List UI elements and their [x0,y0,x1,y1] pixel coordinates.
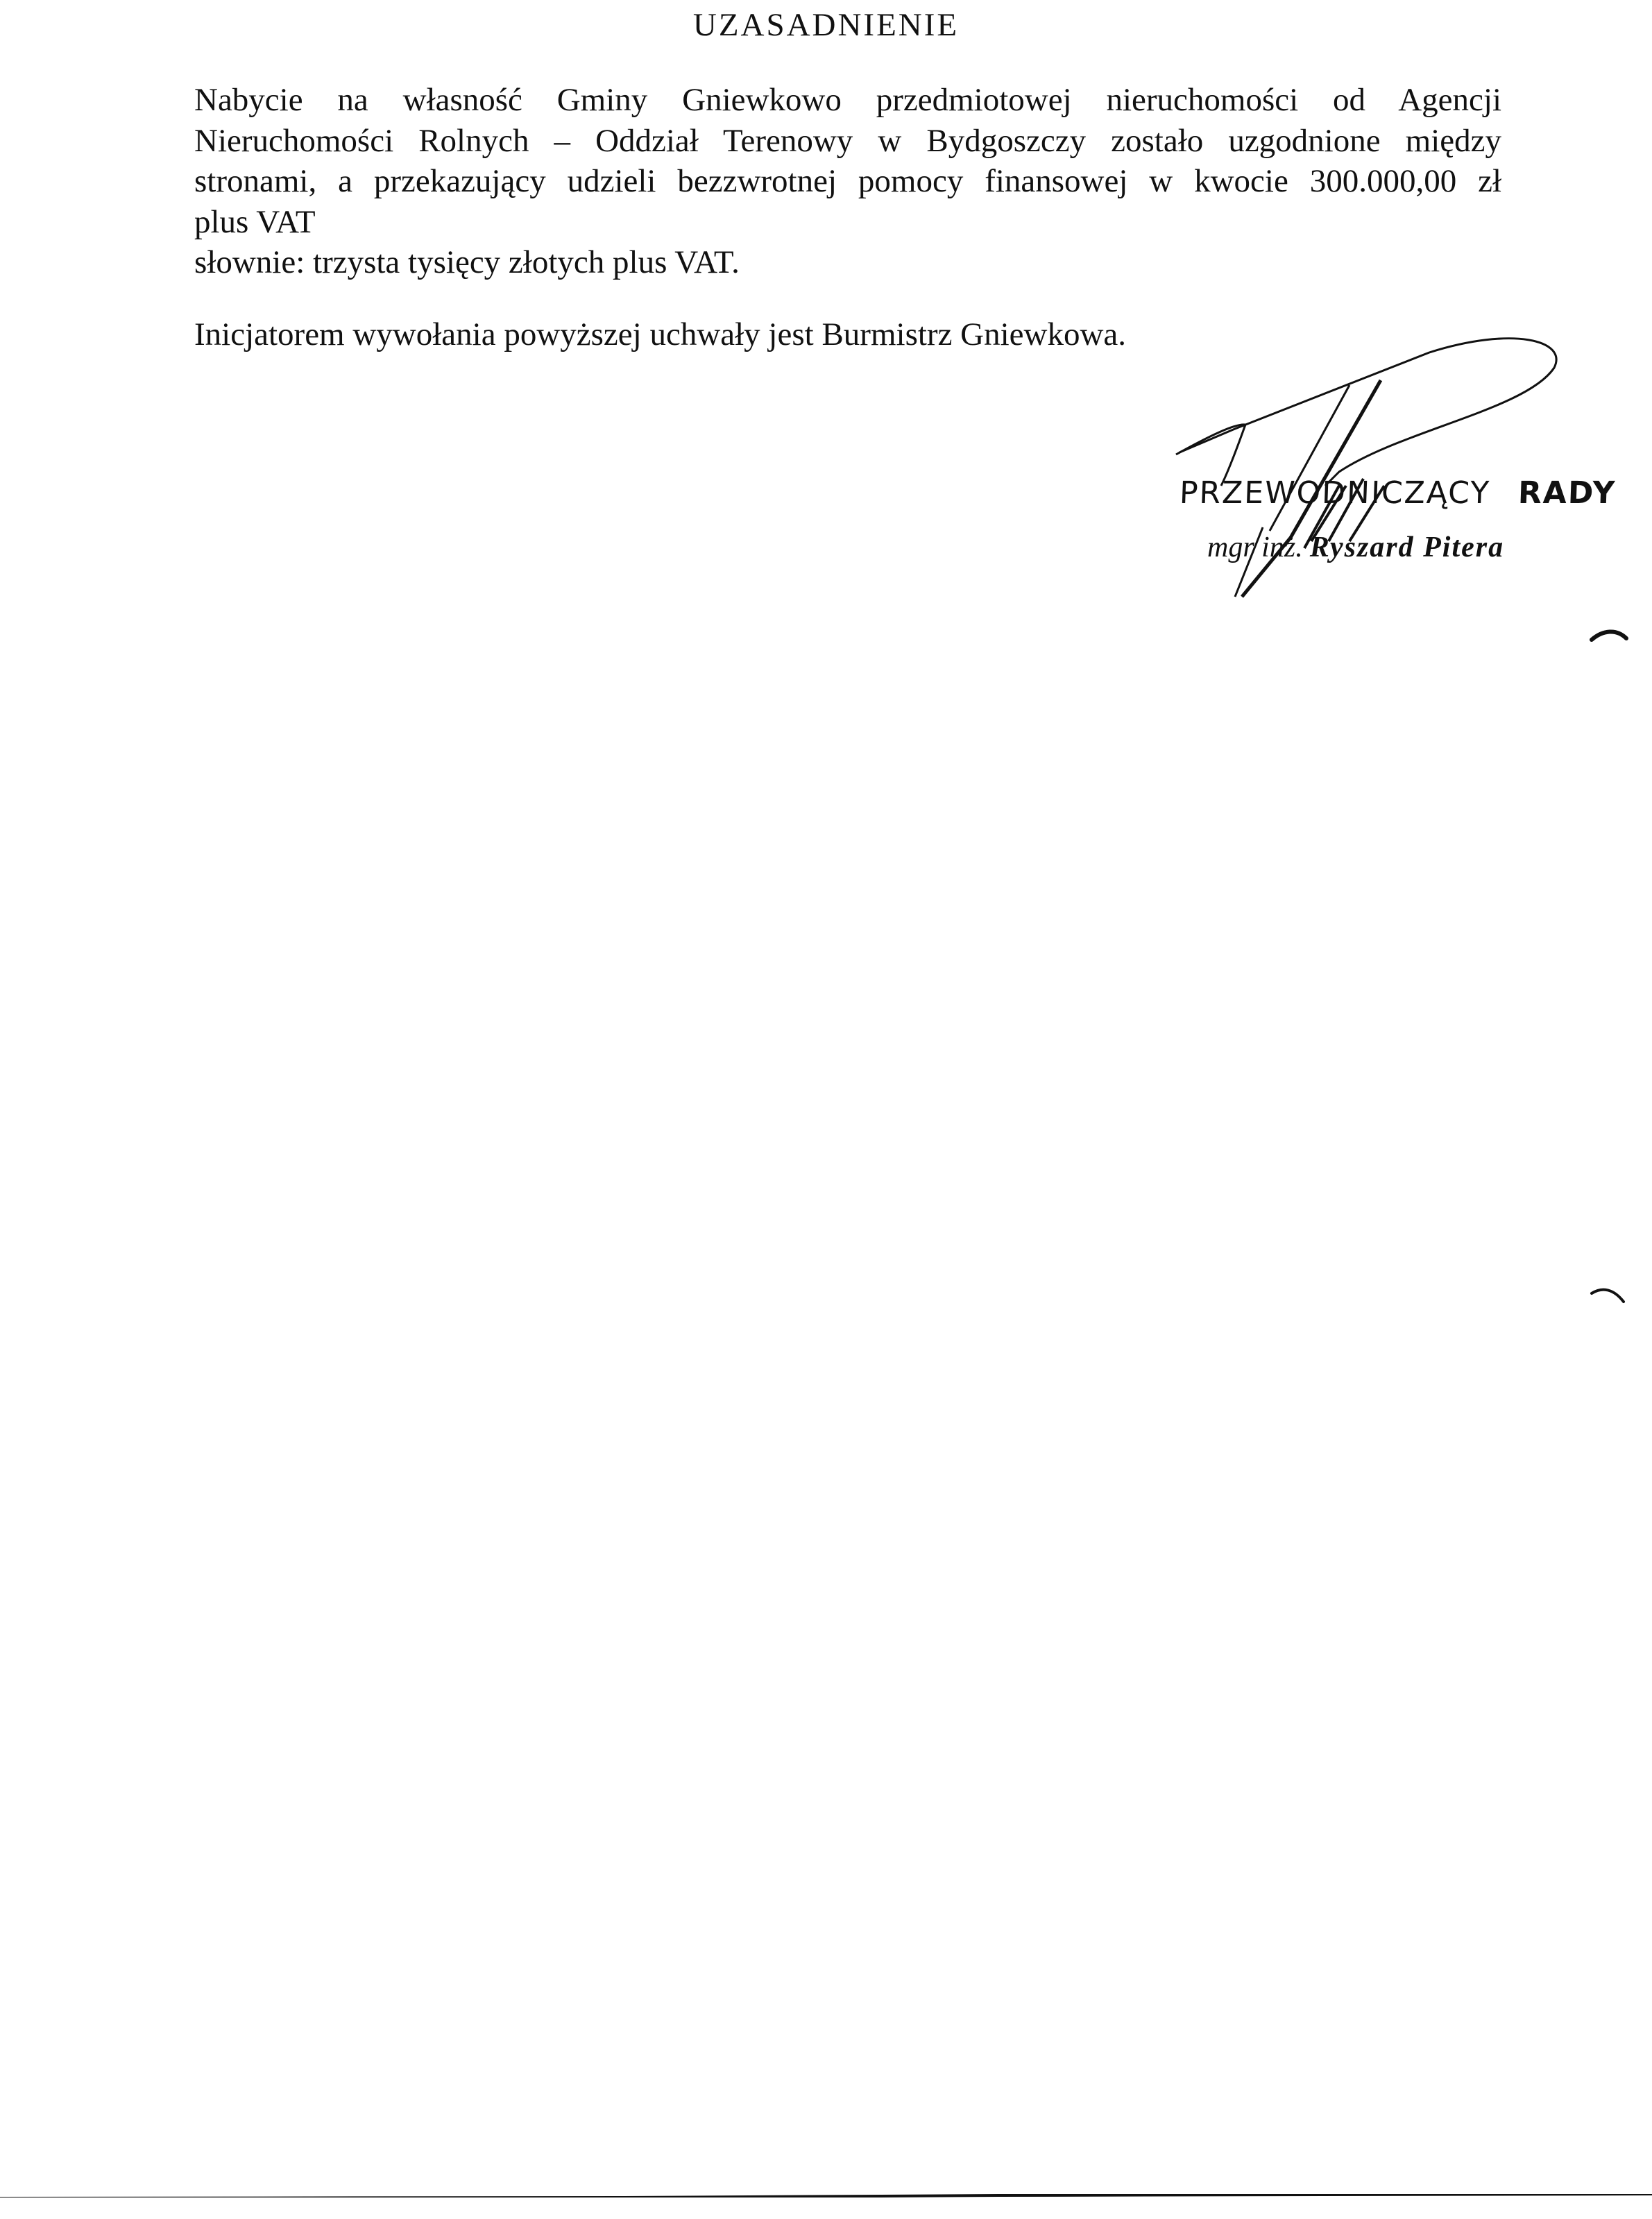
scan-mark-icon [1589,624,1630,652]
stamp-title-suffix: RADY [1517,475,1617,511]
signatory-title: mgr inż. [1207,532,1303,563]
paragraph-line: słownie: trzysta tysięcy złotych plus VA… [194,242,1501,283]
paragraph-initiator: Inicjatorem wywołania powyższej uchwały … [194,314,1501,355]
signatory-fullname: Ryszard Pitera [1310,532,1504,563]
document-body: Nabycie na własność Gminy Gniewkowo prze… [194,80,1501,355]
signatory-name: mgr inż.Ryszard Pitera [1207,531,1504,564]
paragraph-line: stronami, a przekazujący udzieli bezzwro… [194,161,1501,202]
page-title: UZASADNIENIE [0,4,1652,46]
chairman-stamp: PRZEWODNICZĄCYRADY [1179,475,1617,511]
paragraph-line: Nabycie na własność Gminy Gniewkowo prze… [194,80,1501,121]
stamp-title: PRZEWODNICZĄCY [1179,475,1491,511]
paragraph-acquisition: Nabycie na własność Gminy Gniewkowo prze… [194,80,1501,283]
paragraph-line: Nieruchomości Rolnych – Oddział Terenowy… [194,121,1501,162]
scan-mark-icon [1589,1284,1630,1311]
paragraph-line: plus VAT [194,202,1501,243]
page-bottom-rule [0,2194,1652,2197]
